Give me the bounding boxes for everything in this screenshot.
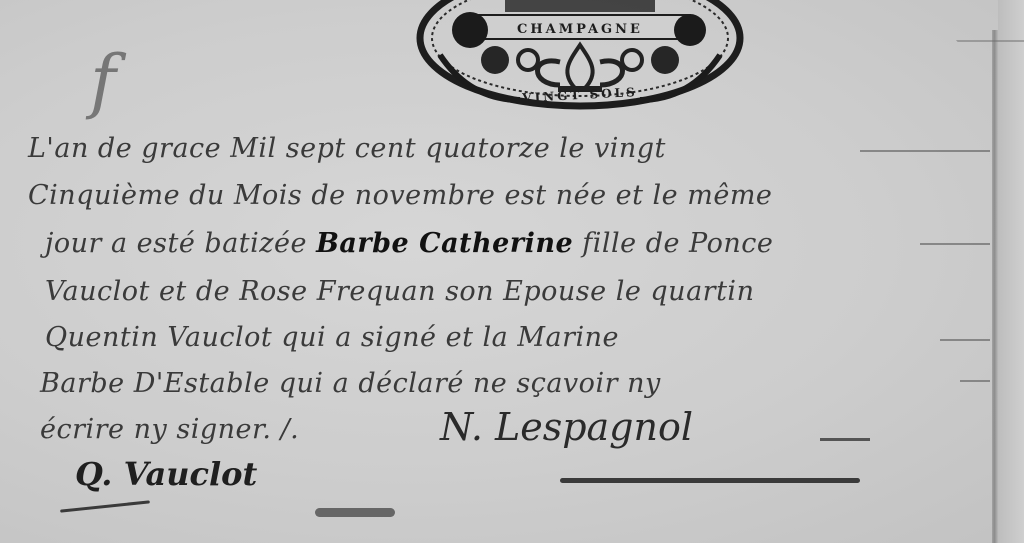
line-filler-rule bbox=[940, 339, 990, 341]
page-margin bbox=[998, 0, 1024, 543]
signature-underline bbox=[560, 478, 860, 483]
margin-mark: f bbox=[90, 40, 116, 122]
page-binding-edge bbox=[992, 30, 998, 543]
line-filler-rule bbox=[860, 150, 990, 152]
child-name: Barbe Catherine bbox=[316, 228, 573, 259]
signature-lespagnol: N. Lespagnol bbox=[440, 405, 693, 449]
register-page: CHAMPAGNE VINGT SOLS f L'an de grace Mil… bbox=[0, 0, 1024, 543]
stamp-label: CHAMPAGNE bbox=[472, 22, 688, 37]
signature-tail bbox=[820, 438, 870, 441]
entry-line-3-end: fille de Ponce bbox=[582, 228, 773, 259]
entry-line-4: Vauclot et de Rose Frequan son Epouse le… bbox=[45, 276, 754, 307]
signature-vauclot: Q. Vauclot bbox=[75, 455, 257, 493]
entry-line-3-start: jour a esté batizée bbox=[45, 228, 307, 259]
signature-flourish bbox=[60, 500, 150, 512]
entry-line-5: Quentin Vauclot qui a signé et la Marine bbox=[45, 322, 619, 353]
entry-line-7: écrire ny signer. /. bbox=[40, 414, 299, 445]
ink-blot bbox=[315, 508, 395, 517]
champagne-fiscal-stamp: CHAMPAGNE VINGT SOLS bbox=[410, 0, 750, 110]
entry-line-2: Cinquième du Mois de novembre est née et… bbox=[28, 180, 772, 211]
entry-line-1: L'an de grace Mil sept cent quatorze le … bbox=[28, 133, 666, 164]
entry-line-6: Barbe D'Estable qui a déclaré ne sçavoir… bbox=[40, 368, 661, 399]
line-filler-rule bbox=[920, 243, 990, 245]
entry-line-3: jour a esté batizée Barbe Catherine fill… bbox=[45, 228, 773, 259]
line-filler-rule bbox=[960, 380, 990, 382]
